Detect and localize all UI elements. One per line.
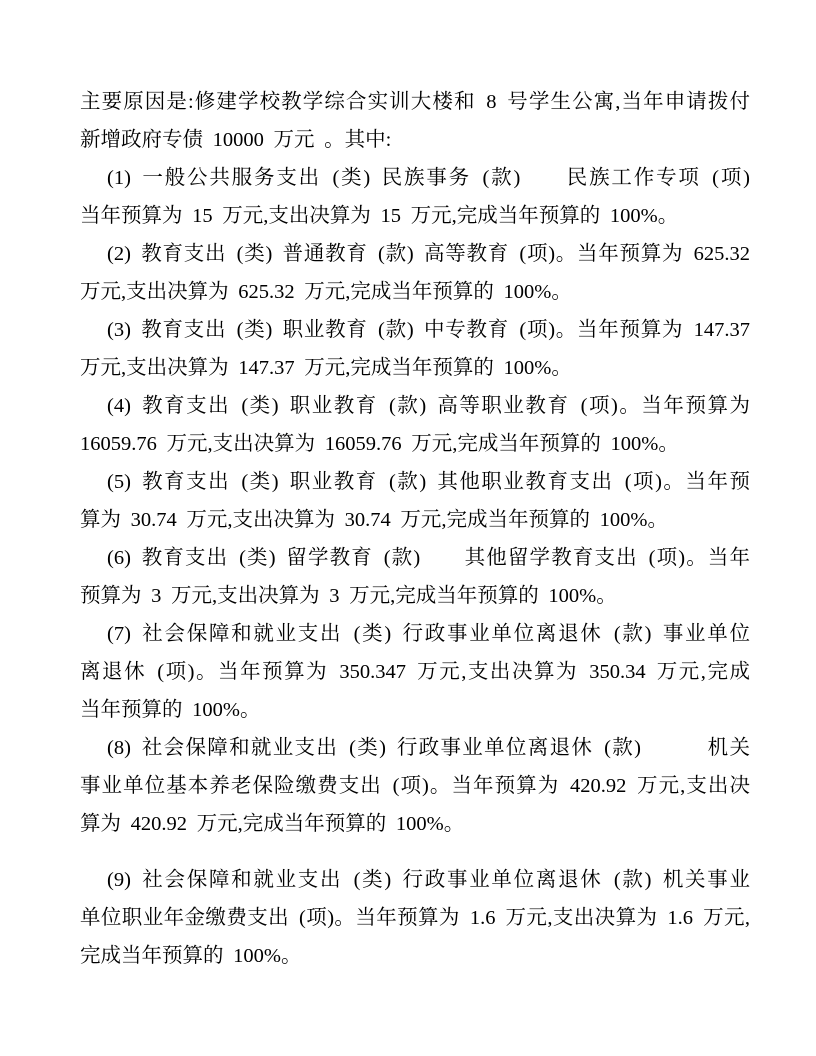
text-line: 万元,支出决算为 147.37 万元,完成当年预算的 100%。 <box>80 349 750 387</box>
text-line: 事业单位基本养老保险缴费支出 (项)。当年预算为 420.92 万元,支出决 <box>80 767 750 805</box>
text-line: (6) 教育支出 (类) 留学教育 (款) 其他留学教育支出 (项)。当年 <box>80 539 750 577</box>
text-line: 16059.76 万元,支出决算为 16059.76 万元,完成当年预算的 10… <box>80 425 750 463</box>
text-line: 完成当年预算的 100%。 <box>80 937 750 975</box>
document-body: 主要原因是:修建学校教学综合实训大楼和 8 号学生公寓,当年申请拨付新增政府专债… <box>80 83 750 975</box>
text-line: (8) 社会保障和就业支出 (类) 行政事业单位离退休 (款) 机关 <box>80 729 750 767</box>
text-line: (4) 教育支出 (类) 职业教育 (款) 高等职业教育 (项)。当年预算为 <box>80 387 750 425</box>
text-line: 新增政府专债 10000 万元 。其中: <box>80 121 750 159</box>
paragraph-item-6: (6) 教育支出 (类) 留学教育 (款) 其他留学教育支出 (项)。当年预算为… <box>80 539 750 615</box>
paragraph-item-7: (7) 社会保障和就业支出 (类) 行政事业单位离退休 (款) 事业单位离退休 … <box>80 615 750 729</box>
text-line: 预算为 3 万元,支出决算为 3 万元,完成当年预算的 100%。 <box>80 577 750 615</box>
paragraph-intro: 主要原因是:修建学校教学综合实训大楼和 8 号学生公寓,当年申请拨付新增政府专债… <box>80 83 750 159</box>
text-line: 单位职业年金缴费支出 (项)。当年预算为 1.6 万元,支出决算为 1.6 万元… <box>80 899 750 937</box>
paragraph-item-8: (8) 社会保障和就业支出 (类) 行政事业单位离退休 (款) 机关事业单位基本… <box>80 729 750 843</box>
text-line: (3) 教育支出 (类) 职业教育 (款) 中专教育 (项)。当年预算为 147… <box>80 311 750 349</box>
text-line: (1) 一般公共服务支出 (类) 民族事务 (款) 民族工作专项 (项) <box>80 159 750 197</box>
paragraph-item-2: (2) 教育支出 (类) 普通教育 (款) 高等教育 (项)。当年预算为 625… <box>80 235 750 311</box>
paragraph-item-5: (5) 教育支出 (类) 职业教育 (款) 其他职业教育支出 (项)。当年预算为… <box>80 463 750 539</box>
text-line: 主要原因是:修建学校教学综合实训大楼和 8 号学生公寓,当年申请拨付 <box>80 83 750 121</box>
document-page: 主要原因是:修建学校教学综合实训大楼和 8 号学生公寓,当年申请拨付新增政府专债… <box>0 0 816 1056</box>
text-line: 离退休 (项)。当年预算为 350.347 万元,支出决算为 350.34 万元… <box>80 653 750 691</box>
text-line: (9) 社会保障和就业支出 (类) 行政事业单位离退休 (款) 机关事业 <box>80 861 750 899</box>
text-line: 当年预算的 100%。 <box>80 691 750 729</box>
text-line: (7) 社会保障和就业支出 (类) 行政事业单位离退休 (款) 事业单位 <box>80 615 750 653</box>
paragraph-item-3: (3) 教育支出 (类) 职业教育 (款) 中专教育 (项)。当年预算为 147… <box>80 311 750 387</box>
text-line: 算为 30.74 万元,支出决算为 30.74 万元,完成当年预算的 100%。 <box>80 501 750 539</box>
paragraph-item-4: (4) 教育支出 (类) 职业教育 (款) 高等职业教育 (项)。当年预算为16… <box>80 387 750 463</box>
text-line: (5) 教育支出 (类) 职业教育 (款) 其他职业教育支出 (项)。当年预 <box>80 463 750 501</box>
text-line: 算为 420.92 万元,完成当年预算的 100%。 <box>80 805 750 843</box>
text-line: 万元,支出决算为 625.32 万元,完成当年预算的 100%。 <box>80 273 750 311</box>
text-line: (2) 教育支出 (类) 普通教育 (款) 高等教育 (项)。当年预算为 625… <box>80 235 750 273</box>
text-line: 当年预算为 15 万元,支出决算为 15 万元,完成当年预算的 100%。 <box>80 197 750 235</box>
paragraph-item-9: (9) 社会保障和就业支出 (类) 行政事业单位离退休 (款) 机关事业单位职业… <box>80 861 750 975</box>
paragraph-item-1: (1) 一般公共服务支出 (类) 民族事务 (款) 民族工作专项 (项)当年预算… <box>80 159 750 235</box>
